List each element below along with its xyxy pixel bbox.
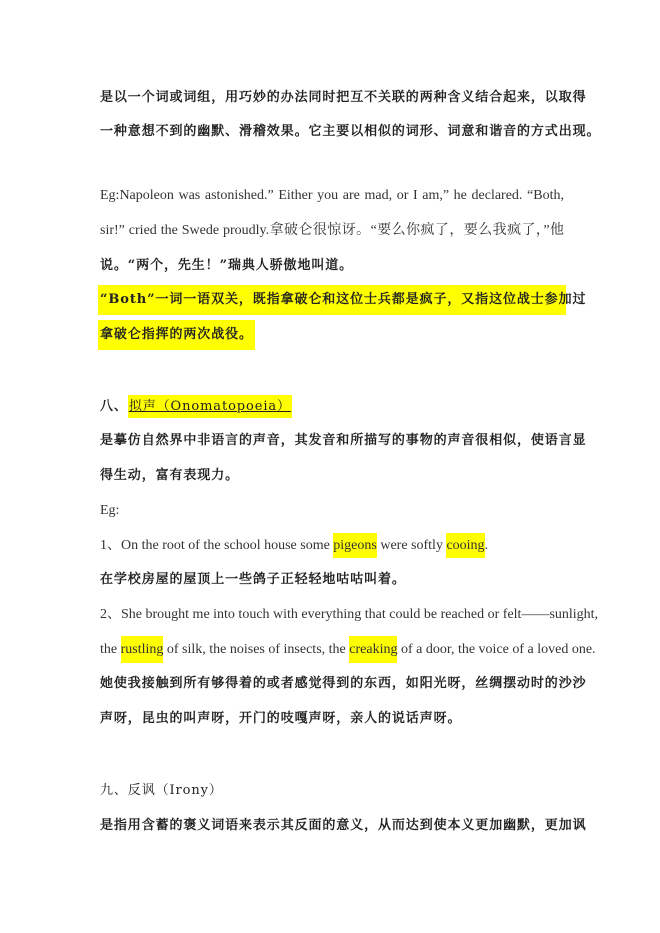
highlighted-word: creaking bbox=[349, 636, 397, 663]
pun-explanation-line-1: “Both”一词一语双关，既指拿破仑和这位士兵都是疯子，又指这位战士参加过 bbox=[98, 288, 566, 312]
pun-example-line-2: sir!” cried the Swede proudly.拿破仑很惊讶。“要么… bbox=[100, 219, 564, 243]
example-1-sentence: 1、On the root of the school house some p… bbox=[100, 534, 564, 558]
example-2-translation-line-2: 声呀，昆虫的叫声呀，开门的吱嘎声呀，亲人的说话声呀。 bbox=[100, 707, 564, 731]
example-2-line-1: 2、She brought me into touch with everyth… bbox=[100, 603, 564, 627]
onomatopoeia-definition-line-2: 得生动，富有表现力。 bbox=[100, 464, 564, 488]
heading-number: 八、 bbox=[100, 399, 128, 414]
eg-label: Eg: bbox=[100, 499, 564, 523]
text: of silk, the noises of insects, the bbox=[163, 642, 349, 657]
pun-definition-line-1: 是以一个词或词组，用巧妙的办法同时把互不关联的两种含义结合起来，以取得 bbox=[100, 86, 564, 110]
onomatopoeia-heading: 八、拟声（Onomatopoeia） bbox=[100, 395, 564, 419]
pun-definition-line-2: 一种意想不到的幽默、滑稽效果。它主要以相似的词形、词意和谐音的方式出现。 bbox=[100, 120, 564, 144]
text: the bbox=[100, 642, 121, 657]
pun-example-line-3: 说。“两个，先生！”瑞典人骄傲地叫道。 bbox=[100, 254, 564, 278]
example-1-translation: 在学校房屋的屋顶上一些鸽子正轻轻地咕咕叫着。 bbox=[100, 568, 564, 592]
heading-title: 拟声（Onomatopoeia） bbox=[128, 395, 292, 418]
irony-heading: 九、反讽（Irony） bbox=[100, 779, 564, 803]
text: were softly bbox=[377, 538, 447, 553]
example-2-line-2: the rustling of silk, the noises of inse… bbox=[100, 638, 564, 662]
text: of a door, the voice of a loved one. bbox=[397, 642, 595, 657]
irony-definition-line-1: 是指用含蓄的褒义词语来表示其反面的意义，从而达到使本义更加幽默，更加讽 bbox=[100, 814, 564, 838]
text: 1、On the root of the school house some bbox=[100, 538, 333, 553]
onomatopoeia-definition-line-1: 是摹仿自然界中非语言的声音，其发音和所描写的事物的声音很相似，使语言显 bbox=[100, 429, 564, 453]
pun-explanation-line-2: 拿破仑指挥的两次战役。 bbox=[98, 323, 562, 347]
highlighted-word: cooing bbox=[446, 533, 484, 558]
pun-example-line-1: Eg:Napoleon was astonished.” Either you … bbox=[100, 184, 564, 208]
highlighted-text: 拿破仑指挥的两次战役。 bbox=[98, 320, 255, 350]
highlighted-word: rustling bbox=[121, 636, 164, 663]
highlighted-text: “Both”一词一语双关，既指拿破仑和这位士兵都是疯子，又指这位战士参加过 bbox=[98, 285, 566, 315]
highlighted-word: pigeons bbox=[333, 533, 377, 558]
example-2-translation-line-1: 她使我接触到所有够得着的或者感觉得到的东西，如阳光呀，丝绸摆动时的沙沙 bbox=[100, 672, 564, 696]
text: . bbox=[485, 538, 489, 553]
